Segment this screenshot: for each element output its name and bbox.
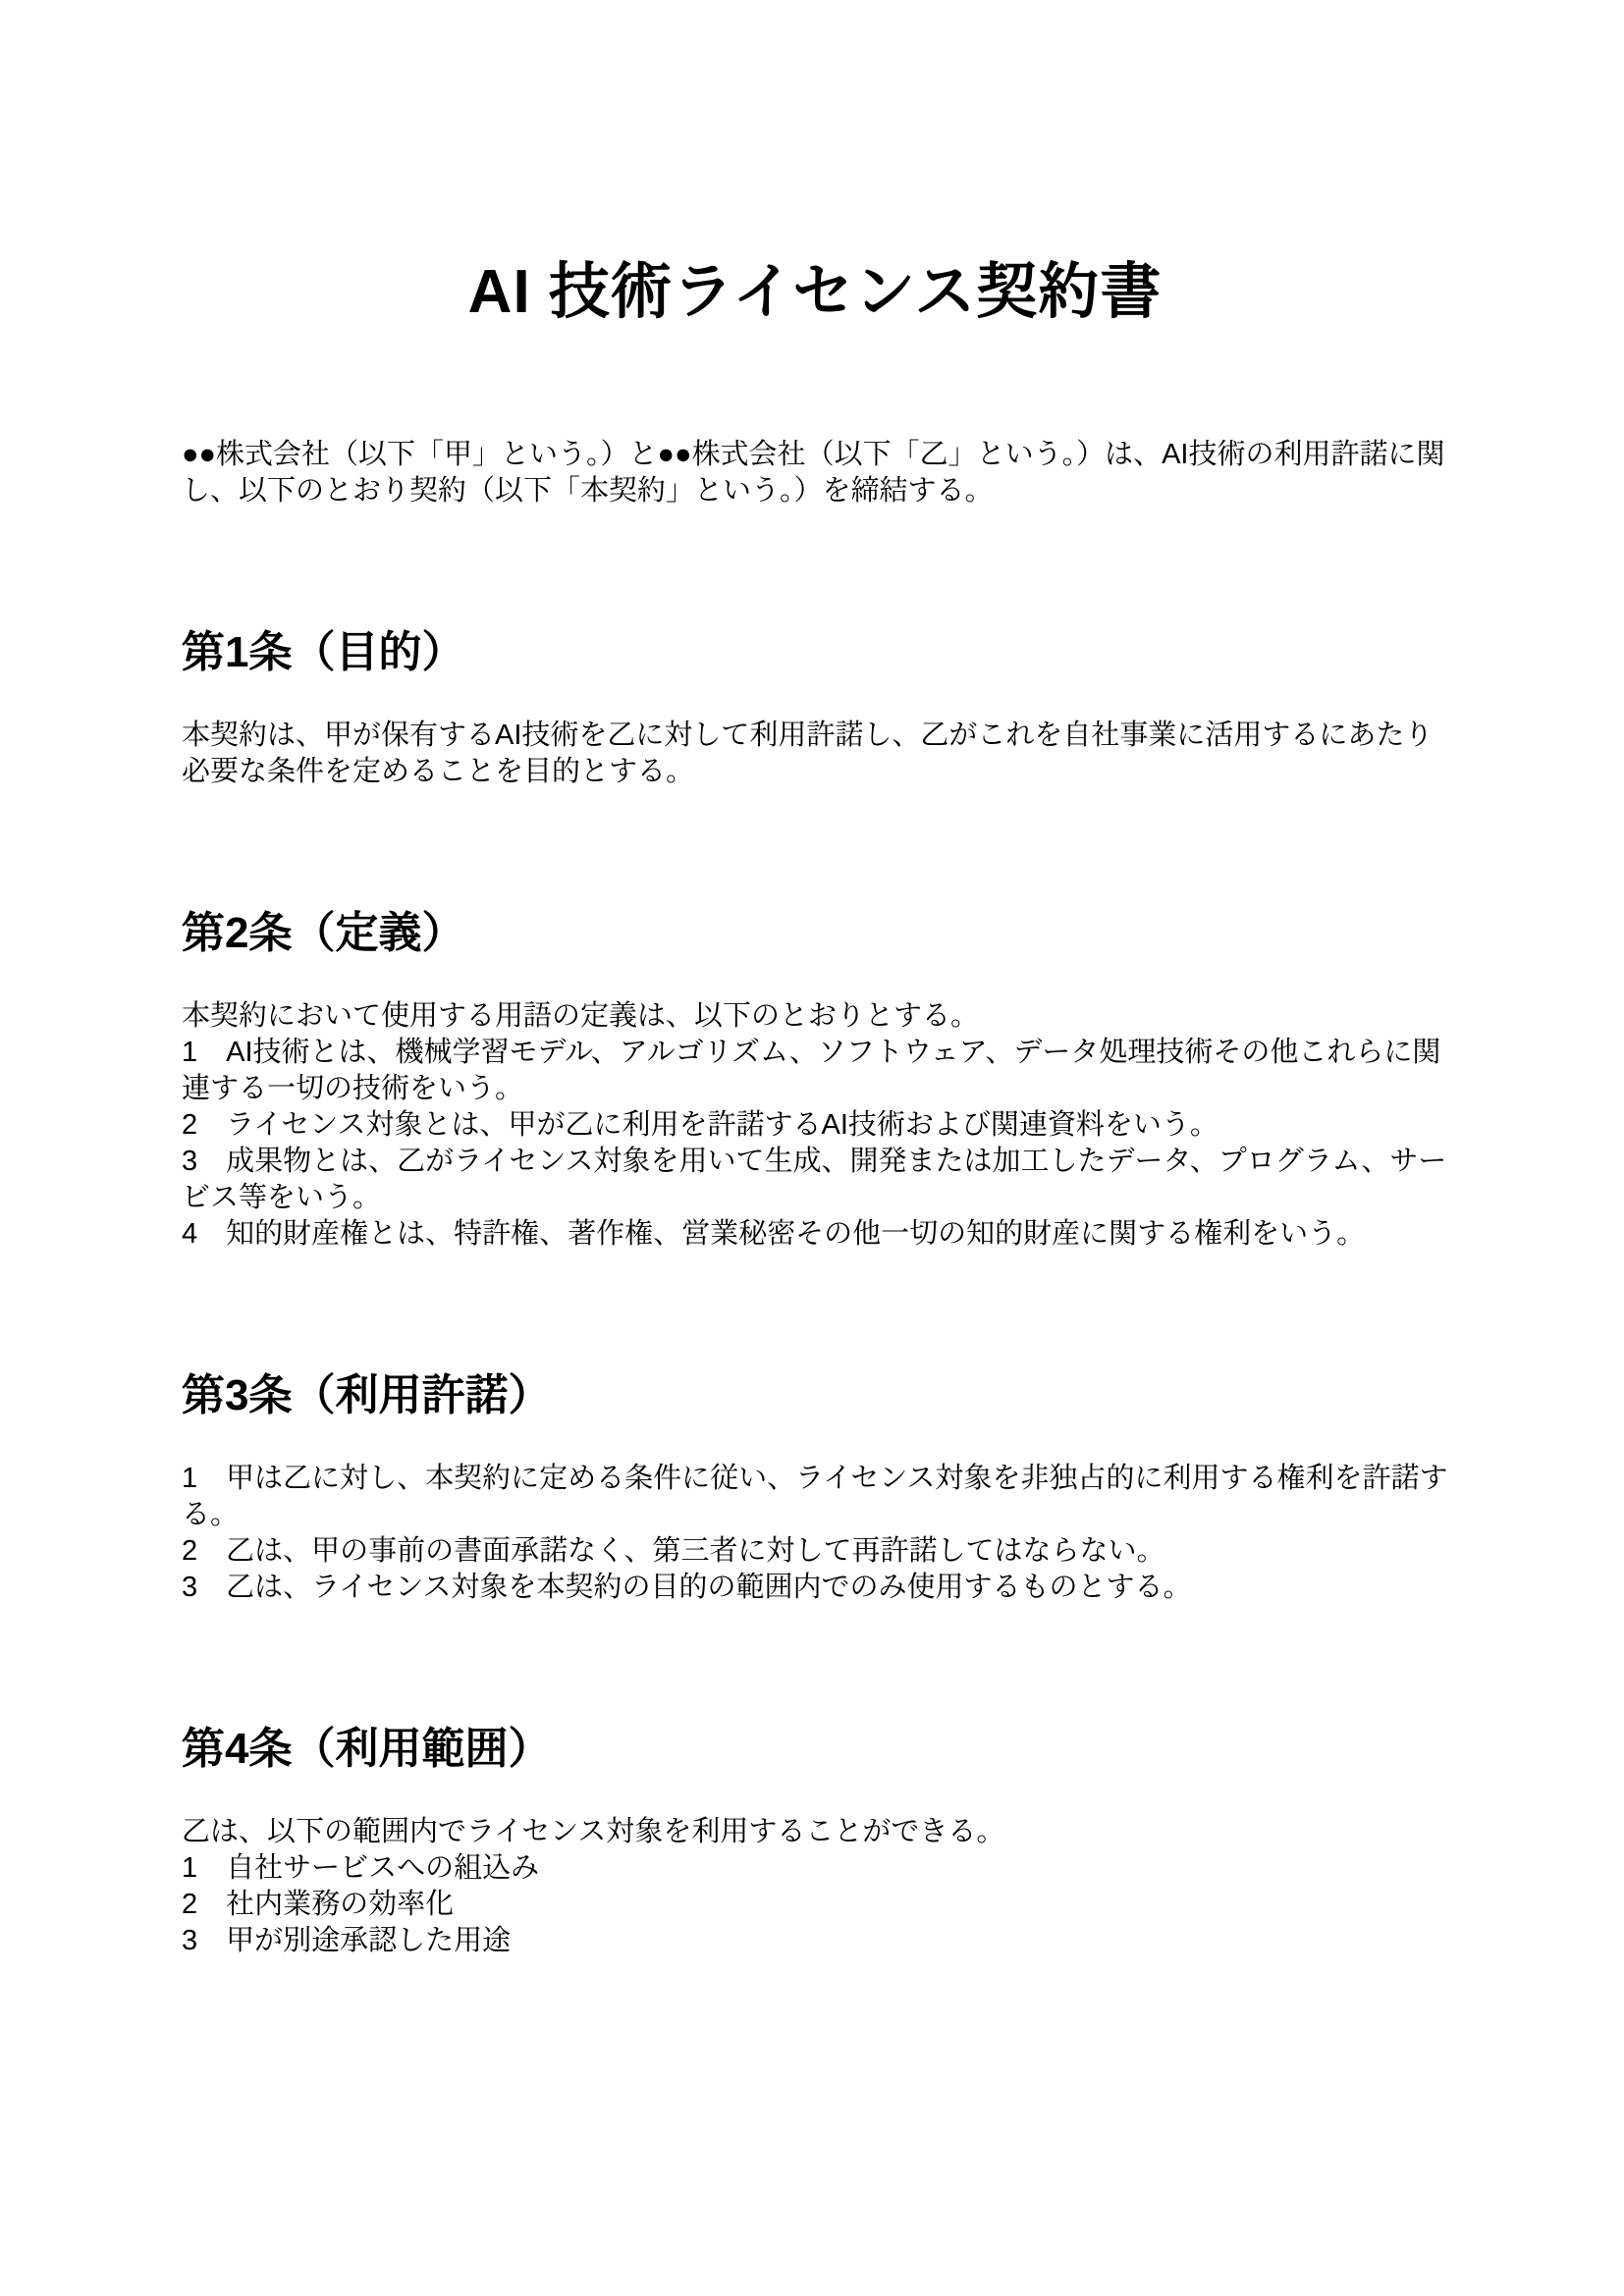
article-4-item-3: 3 甲が別途承認した用途 <box>182 1923 1448 1959</box>
article-2-item-3: 3 成果物とは、乙がライセンス対象を用いて生成、開発または加工したデータ、プログ… <box>182 1144 1448 1216</box>
article-4-item-1: 1 自社サービスへの組込み <box>182 1850 1448 1887</box>
article-2-intro: 本契約において使用する用語の定義は、以下のとおりとする。 <box>182 998 1448 1035</box>
article-1-paragraph-1: 本契約は、甲が保有するAI技術を乙に対して利用許諾し、乙がこれを自社事業に活用す… <box>182 718 1448 790</box>
article-4-item-2: 2 社内業務の効率化 <box>182 1887 1448 1923</box>
preamble-paragraph: ●●株式会社（以下「甲」という。）と●●株式会社（以下「乙」という。）は、AI技… <box>182 437 1448 509</box>
article-4-body: 乙は、以下の範囲内でライセンス対象を利用することができる。 1 自社サービスへの… <box>182 1814 1448 1959</box>
article-3-body: 1 甲は乙に対し、本契約に定める条件に従い、ライセンス対象を非独占的に利用する権… <box>182 1461 1448 1606</box>
article-4-heading: 第4条（利用範囲） <box>182 1722 1448 1776</box>
article-4-scope-of-use: 第4条（利用範囲） 乙は、以下の範囲内でライセンス対象を利用することができる。 … <box>182 1722 1448 1959</box>
article-1-heading: 第1条（目的） <box>182 625 1448 679</box>
document-title: AI 技術ライセンス契約書 <box>182 257 1448 327</box>
article-1-body: 本契約は、甲が保有するAI技術を乙に対して利用許諾し、乙がこれを自社事業に活用す… <box>182 718 1448 790</box>
article-3-item-1: 1 甲は乙に対し、本契約に定める条件に従い、ライセンス対象を非独占的に利用する権… <box>182 1461 1448 1533</box>
article-2-body: 本契約において使用する用語の定義は、以下のとおりとする。 1 AI技術とは、機械… <box>182 998 1448 1253</box>
contract-document-page: AI 技術ライセンス契約書 ●●株式会社（以下「甲」という。）と●●株式会社（以… <box>0 0 1624 2296</box>
article-1-purpose: 第1条（目的） 本契約は、甲が保有するAI技術を乙に対して利用許諾し、乙がこれを… <box>182 625 1448 790</box>
article-2-item-1: 1 AI技術とは、機械学習モデル、アルゴリズム、ソフトウェア、データ処理技術その… <box>182 1035 1448 1107</box>
article-2-heading: 第2条（定義） <box>182 906 1448 960</box>
article-2-definitions: 第2条（定義） 本契約において使用する用語の定義は、以下のとおりとする。 1 A… <box>182 906 1448 1253</box>
article-3-item-2: 2 乙は、甲の事前の書面承諾なく、第三者に対して再許諾してはならない。 <box>182 1533 1448 1570</box>
article-2-item-4: 4 知的財産権とは、特許権、著作権、営業秘密その他一切の知的財産に関する権利をい… <box>182 1216 1448 1253</box>
article-3-heading: 第3条（利用許諾） <box>182 1368 1448 1422</box>
article-4-intro: 乙は、以下の範囲内でライセンス対象を利用することができる。 <box>182 1814 1448 1850</box>
article-2-item-2: 2 ライセンス対象とは、甲が乙に利用を許諾するAI技術および関連資料をいう。 <box>182 1107 1448 1144</box>
article-3-item-3: 3 乙は、ライセンス対象を本契約の目的の範囲内でのみ使用するものとする。 <box>182 1570 1448 1606</box>
document-content: AI 技術ライセンス契約書 ●●株式会社（以下「甲」という。）と●●株式会社（以… <box>182 0 1448 1959</box>
article-3-license-grant: 第3条（利用許諾） 1 甲は乙に対し、本契約に定める条件に従い、ライセンス対象を… <box>182 1368 1448 1606</box>
